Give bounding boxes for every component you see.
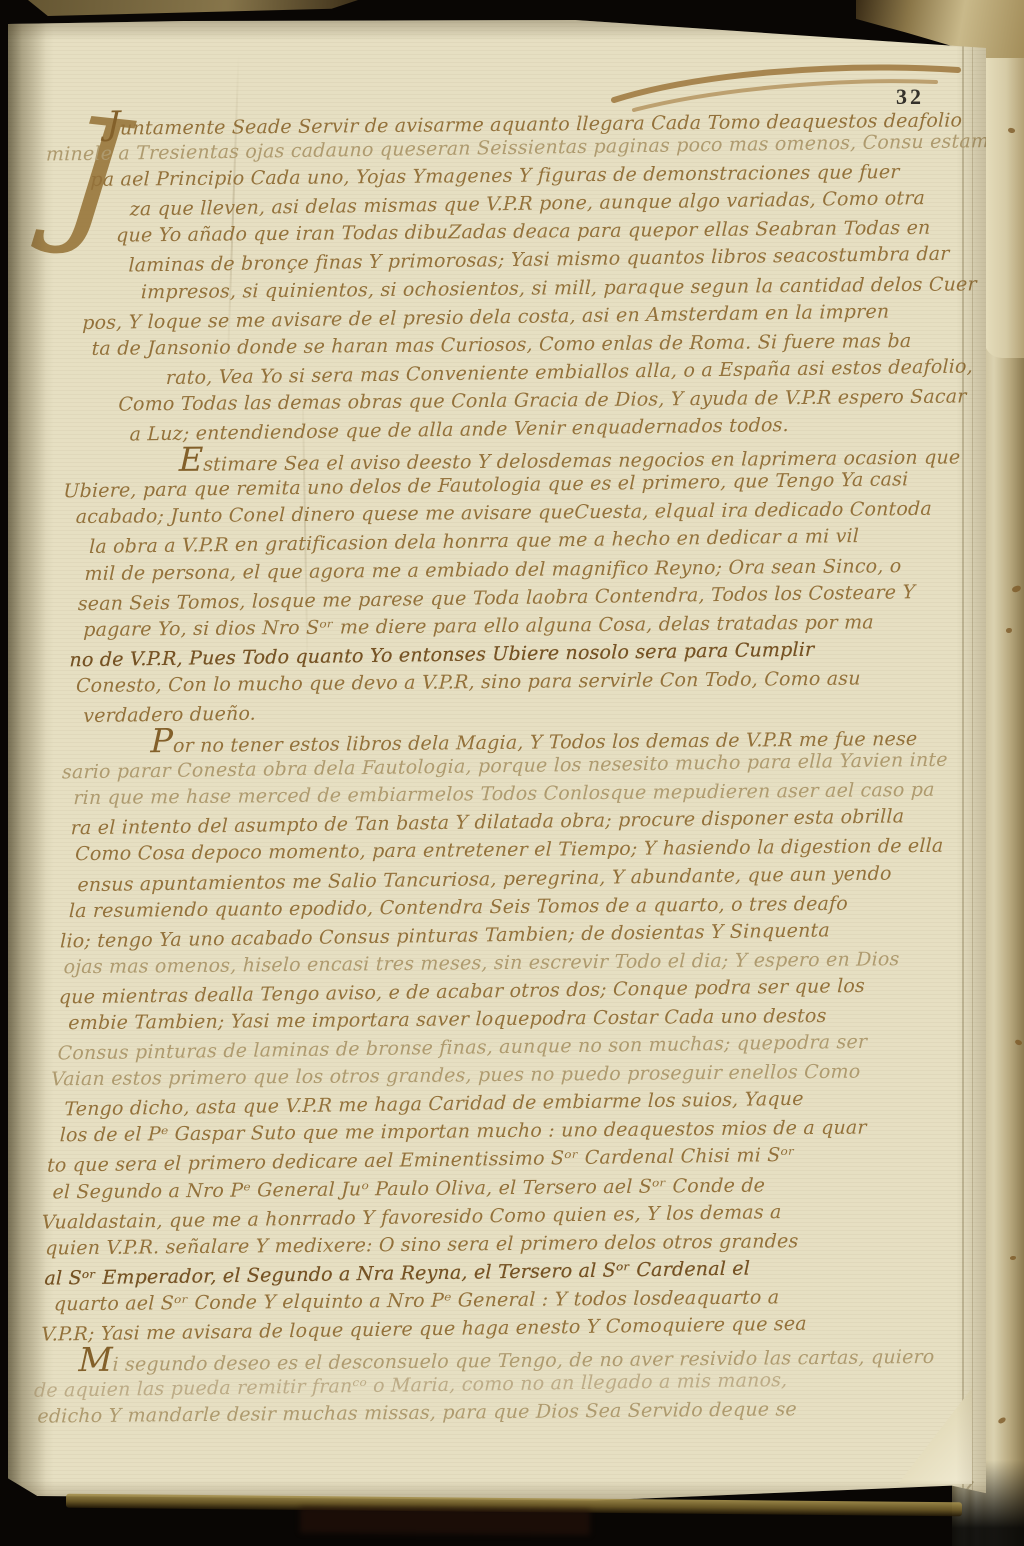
manuscript-page: 32 J Juntamente Seade Servir de avisarme… xyxy=(8,14,986,1502)
manuscript-lines: Juntamente Seade Servir de avisarme aqua… xyxy=(17,100,986,1432)
underlying-page-sliver xyxy=(28,0,358,16)
shadow-under-book xyxy=(300,1507,590,1536)
underlying-page-edge xyxy=(984,58,1024,358)
photograph-of-manuscript: { "page": { "number": "32" }, "colors": … xyxy=(0,0,1024,1546)
